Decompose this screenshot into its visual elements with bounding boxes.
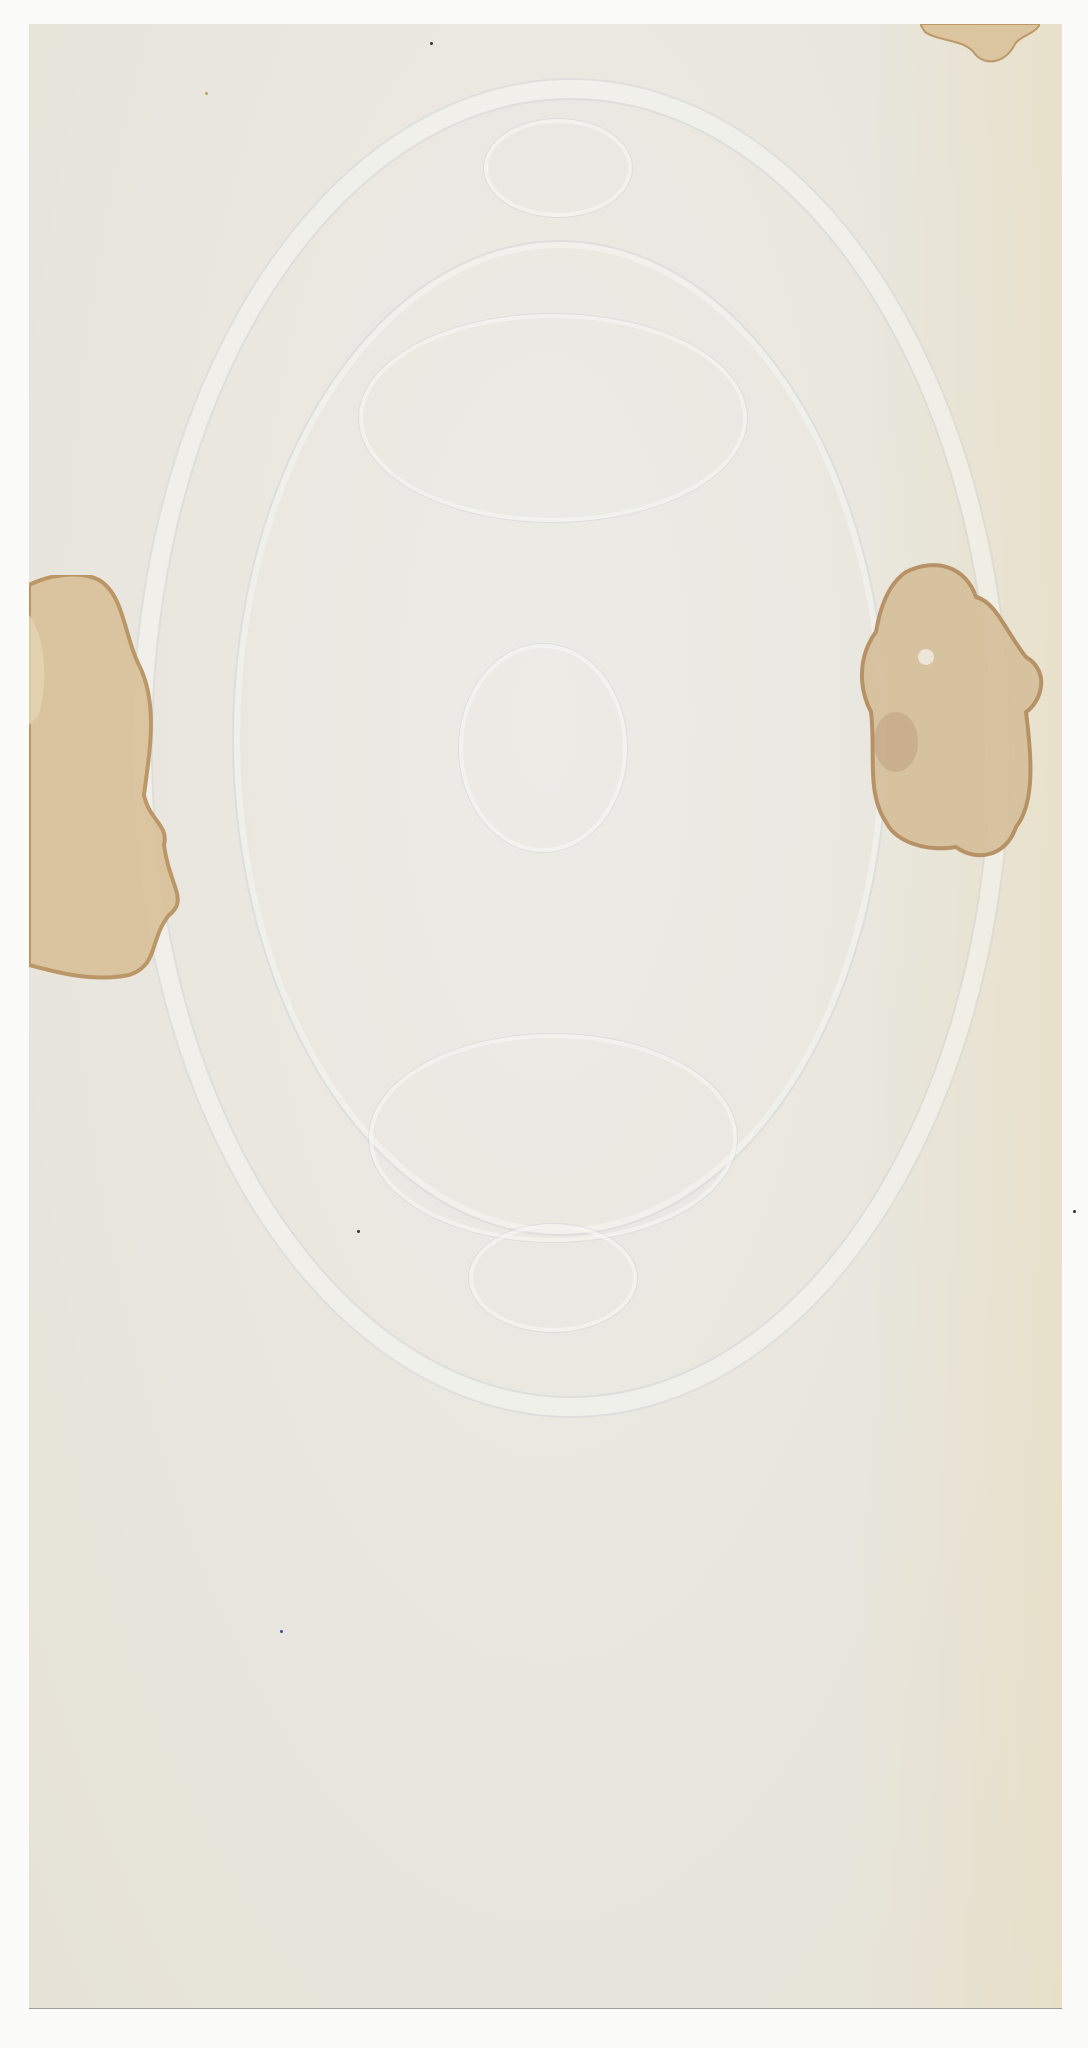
speck [430,42,433,45]
top-right-corner-stain [920,24,1040,66]
speck [205,92,208,95]
speck [357,1230,360,1233]
emboss-ornament-center-top [359,314,747,522]
left-water-stain [29,575,184,980]
emboss-ornament-bottom [469,1224,637,1332]
speck [280,1630,283,1633]
paper-sheet [29,24,1062,2008]
speck [1073,1210,1076,1213]
emboss-ornament-lower [369,1034,737,1242]
emboss-ornament-medallion [459,644,627,852]
right-water-stain [856,562,1046,864]
emboss-ornament-top [484,119,632,217]
